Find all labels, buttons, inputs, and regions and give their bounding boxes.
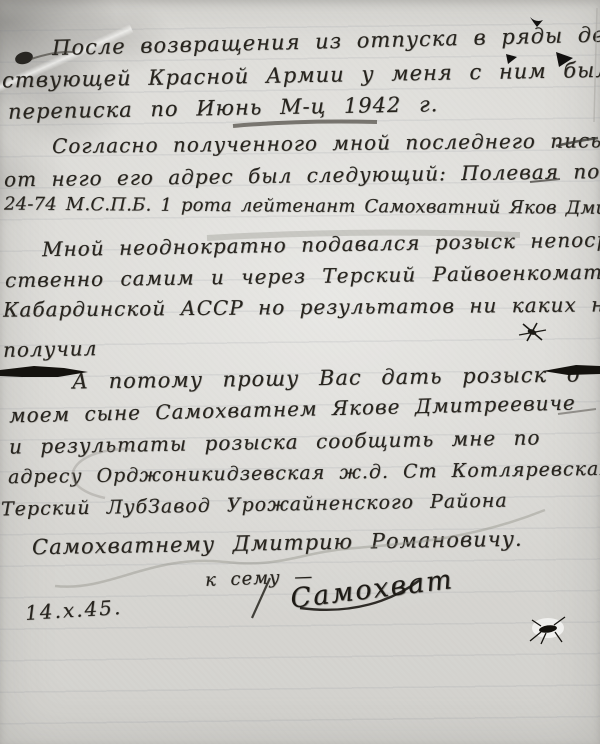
- letter-line-9: Кабардинской АССР но результатов ни каки…: [3, 293, 600, 321]
- letter-line-3: переписка по Июнь М-ц 1942 г.: [8, 92, 439, 124]
- letter-line-12: моем сыне Самохватнем Якове Дмитреевиче: [9, 392, 576, 428]
- pencil-underline-1942: [233, 122, 377, 127]
- date-written: 14.x.45.: [24, 596, 122, 625]
- letter-line-5: от него его адрес был следующий: Полевая…: [4, 160, 600, 192]
- insect-speck: [530, 617, 565, 644]
- letter-line-15-return-address: Терский ЛубЗавод Урожайненского Района: [1, 491, 508, 522]
- signature: Самохват: [289, 564, 456, 615]
- scanned-letter-page: После возвращения из отпуска в ряды дей-…: [0, 0, 600, 744]
- letter-line-11: А потому прошу Вас дать розыск о: [72, 362, 581, 393]
- letter-line-4: Согласно полученного мной последнего пис…: [52, 129, 600, 158]
- ink-blot: [14, 50, 34, 66]
- letter-line-2: ствующей Красной Армии у меня с ним была: [2, 58, 600, 93]
- letter-line-10: получил: [3, 337, 98, 362]
- letter-line-1: После возвращения из отпуска в ряды дей-: [52, 22, 600, 60]
- letter-line-7: Мной неоднократно подавался розыск непос…: [42, 228, 600, 262]
- ink-star-speck: [519, 323, 546, 341]
- letter-line-16-addressee-name: Самохватнему Дмитрию Романовичу.: [32, 527, 523, 560]
- letter-line-13: и результаты розыска сообщить мне по: [9, 426, 541, 458]
- letter-line-6-field-post-address: 24-74 М.С.П.Б. 1 рота лейтенант Самохват…: [4, 195, 600, 220]
- letter-line-14-return-address: адресу Орджоникидзевская ж.д. Ст Котляре…: [8, 459, 600, 489]
- letter-line-8: ственно самим и через Терский Райвоенком…: [5, 261, 600, 292]
